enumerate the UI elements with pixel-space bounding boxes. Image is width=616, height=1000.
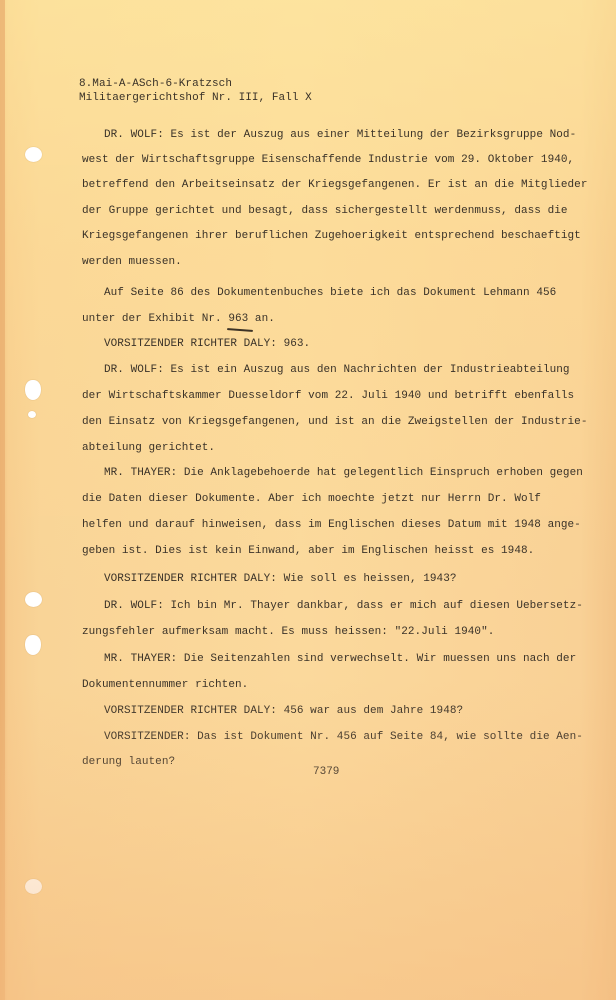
- punch-hole: [25, 147, 42, 162]
- transcript-line: der Wirtschaftskammer Duesseldorf vom 22…: [82, 390, 574, 402]
- header-reference: 8.Mai-A-ASch-6-Kratzsch: [79, 78, 232, 90]
- transcript-line: VORSITZENDER RICHTER DALY: 456 war aus d…: [104, 705, 463, 717]
- header-court: Militaergerichtshof Nr. III, Fall X: [79, 92, 312, 104]
- transcript-line: helfen und darauf hinweisen, dass im Eng…: [82, 519, 581, 531]
- transcript-line: Auf Seite 86 des Dokumentenbuches biete …: [104, 287, 556, 299]
- transcript-line: der Gruppe gerichtet und besagt, dass si…: [82, 205, 568, 217]
- punch-hole: [25, 635, 41, 655]
- transcript-line: VORSITZENDER: Das ist Dokument Nr. 456 a…: [104, 731, 583, 743]
- transcript-line: MR. THAYER: Die Anklagebehoerde hat gele…: [104, 467, 583, 479]
- page-edge-shadow: [0, 0, 5, 1000]
- transcript-line: west der Wirtschaftsgruppe Eisenschaffen…: [82, 154, 574, 166]
- transcript-line: Dokumentennummer richten.: [82, 679, 248, 691]
- transcript-line: DR. WOLF: Es ist ein Auszug aus den Nach…: [104, 364, 570, 376]
- punch-hole: [25, 592, 42, 607]
- transcript-line: abteilung gerichtet.: [82, 442, 215, 454]
- transcript-line: derung lauten?: [82, 756, 175, 768]
- transcript-line: VORSITZENDER RICHTER DALY: 963.: [104, 338, 310, 350]
- transcript-line: zungsfehler aufmerksam macht. Es muss he…: [82, 626, 494, 638]
- transcript-line: MR. THAYER: Die Seitenzahlen sind verwec…: [104, 653, 576, 665]
- transcript-line: VORSITZENDER RICHTER DALY: Wie soll es h…: [104, 573, 457, 585]
- transcript-line: geben ist. Dies ist kein Einwand, aber i…: [82, 545, 534, 557]
- document-text: 8.Mai-A-ASch-6-Kratzsch Militaergerichts…: [0, 0, 27, 84]
- transcript-line: unter der Exhibit Nr. 963 an.: [82, 313, 275, 325]
- punch-hole: [25, 380, 41, 400]
- transcript-line: DR. WOLF: Ich bin Mr. Thayer dankbar, da…: [104, 600, 583, 612]
- document-page: 8.Mai-A-ASch-6-Kratzsch Militaergerichts…: [0, 0, 616, 1000]
- page-number: 7379: [313, 766, 339, 778]
- punch-hole: [25, 879, 42, 894]
- transcript-line: DR. WOLF: Es ist der Auszug aus einer Mi…: [104, 129, 576, 141]
- handwritten-underline: [227, 328, 253, 332]
- punch-hole-fragment: [28, 411, 36, 418]
- transcript-line: den Einsatz von Kriegsgefangenen, und is…: [82, 416, 587, 428]
- transcript-line: betreffend den Arbeitseinsatz der Kriegs…: [82, 179, 587, 191]
- transcript-line: die Daten dieser Dokumente. Aber ich moe…: [82, 493, 541, 505]
- transcript-line: werden muessen.: [82, 256, 182, 268]
- transcript-line: Kriegsgefangenen ihrer beruflichen Zugeh…: [82, 230, 581, 242]
